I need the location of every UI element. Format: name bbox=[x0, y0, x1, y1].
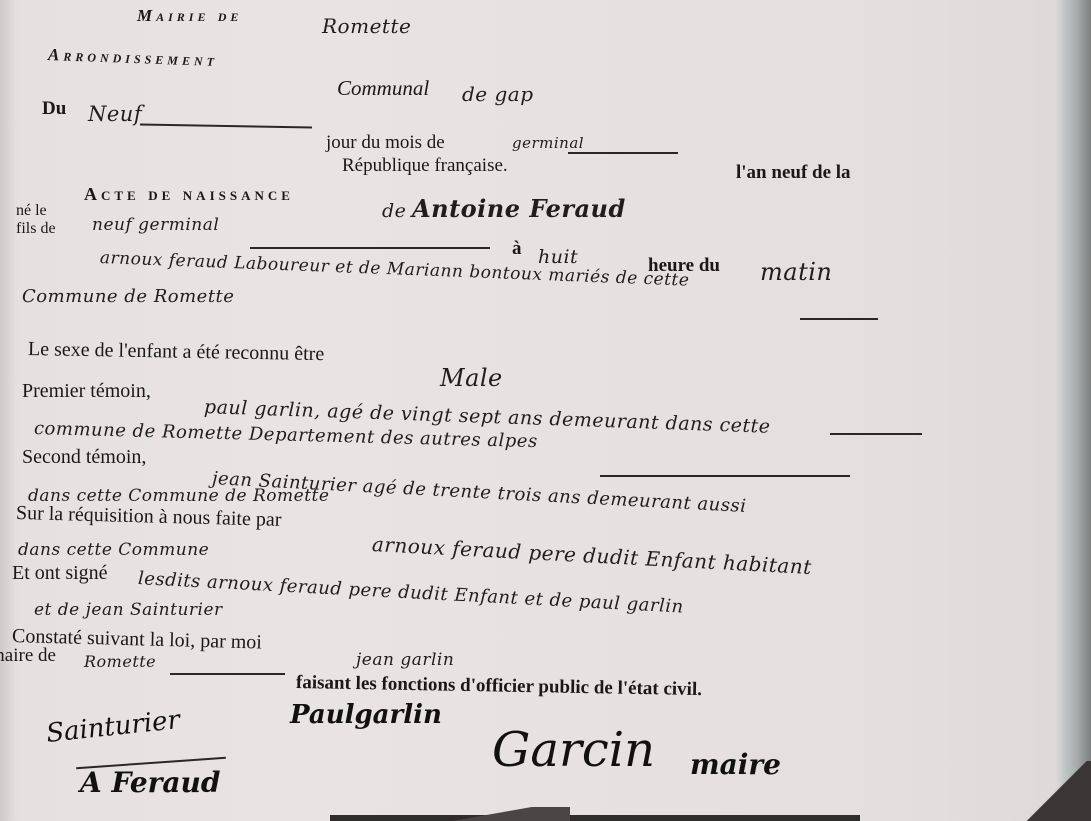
signature-garcin: Garcin bbox=[492, 722, 655, 778]
requisition-line1: arnoux feraud pere dudit Enfant habitant bbox=[371, 532, 812, 579]
a-label: à bbox=[512, 238, 522, 260]
du-label: Du bbox=[42, 98, 66, 120]
ne-le-label: né le bbox=[16, 202, 47, 220]
maire-de-value: Romette bbox=[84, 652, 156, 671]
an-label: l'an neuf de la bbox=[736, 162, 851, 184]
parents-line1: arnoux feraud Laboureur et de Mariann bo… bbox=[100, 248, 690, 291]
month-underline bbox=[568, 152, 678, 154]
maire-de-underline bbox=[170, 673, 285, 675]
maire-de-label: maire de bbox=[0, 645, 56, 667]
bleed-through-text bbox=[745, 90, 752, 108]
communal-value: de gap bbox=[462, 82, 534, 106]
document-page: Mairie de Romette Arrondissement Communa… bbox=[0, 0, 1091, 821]
acte-de-label: de bbox=[382, 200, 406, 222]
page-edge bbox=[1062, 0, 1091, 821]
parents-underline bbox=[800, 318, 878, 320]
second-temoin-label: Second témoin, bbox=[22, 446, 146, 469]
mairie-label: Mairie de bbox=[137, 6, 242, 26]
birth-date: neuf germinal bbox=[92, 215, 219, 235]
officer-name: jean garlin bbox=[356, 650, 454, 670]
premier-temoin-line2-underline bbox=[600, 475, 850, 477]
fonctions-label: faisant les fonctions d'officier public … bbox=[296, 672, 702, 701]
signature-paul-garlin: Paulgarlin bbox=[290, 700, 442, 730]
sexe-label: Le sexe de l'enfant a été reconnu être bbox=[28, 338, 325, 366]
ont-signe-line2: et de jean Sainturier bbox=[34, 600, 223, 620]
ont-signe-label: Et ont signé bbox=[12, 562, 108, 585]
premier-temoin-underline bbox=[830, 433, 922, 435]
child-name: Antoine Feraud bbox=[412, 194, 626, 223]
arrondissement-label: Arrondissement bbox=[48, 45, 219, 71]
premier-temoin-label: Premier témoin, bbox=[22, 380, 151, 403]
page-corner-shadow bbox=[1021, 761, 1091, 821]
mairie-value: Romette bbox=[322, 14, 411, 38]
parents-line2: Commune de Romette bbox=[22, 286, 234, 307]
requisition-label: Sur la réquisition à nous faite par bbox=[16, 502, 282, 532]
communal-label: Communal bbox=[337, 76, 429, 101]
birth-date-underline bbox=[250, 247, 490, 249]
acte-title: Acte de naissance bbox=[84, 184, 294, 205]
requisition-line2: dans cette Commune bbox=[18, 540, 209, 560]
fils-de-label: fils de bbox=[16, 220, 56, 238]
bottom-shadow bbox=[330, 815, 860, 821]
bottom-fold bbox=[450, 807, 570, 821]
day-underline bbox=[140, 123, 312, 128]
sexe-value: Male bbox=[440, 364, 503, 392]
time-of-day: matin bbox=[760, 258, 832, 286]
signature-maire-title: maire bbox=[690, 748, 781, 781]
republique-label: République française. bbox=[342, 155, 508, 177]
day-value: Neuf bbox=[88, 102, 142, 126]
month-value: germinal bbox=[512, 134, 584, 152]
jour-label: jour du mois de bbox=[326, 132, 445, 154]
signature-sainturier: Sainturier bbox=[45, 705, 182, 749]
signature-feraud: A Feraud bbox=[80, 766, 220, 799]
